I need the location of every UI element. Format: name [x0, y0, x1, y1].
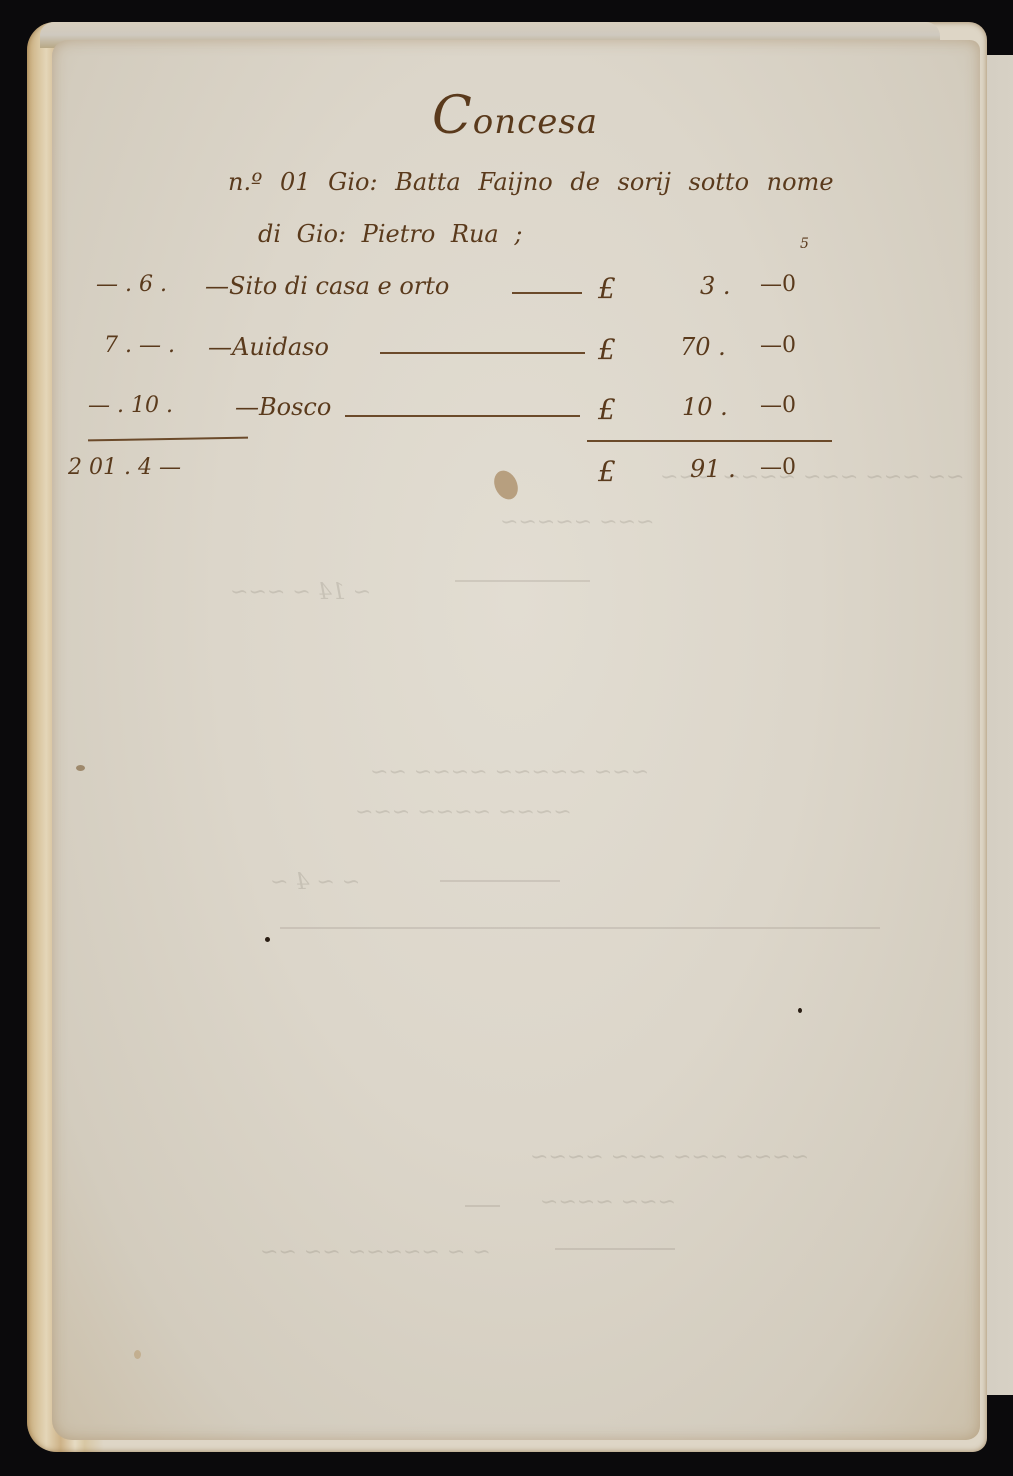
row-quantity: 7 . — .	[104, 333, 175, 358]
total-quantity: 2 01 . 4 —	[68, 455, 181, 480]
bleed-through-text: ~ 14 ~ ~~~	[230, 580, 371, 605]
bleed-through-rule	[455, 580, 590, 582]
sum-rule-right	[587, 440, 832, 442]
row-description: —Sito di casa e orto	[205, 272, 449, 300]
bleed-through-text: ~~~ ~~~~~	[500, 510, 654, 535]
row-amount: 3 .	[700, 272, 760, 300]
bleed-through-rule	[465, 1205, 500, 1207]
foxing-spot	[76, 765, 85, 771]
currency-lira-symbol: £	[598, 333, 616, 366]
currency-lira-symbol: £	[598, 272, 616, 305]
ink-dot	[798, 1008, 802, 1013]
ledger-row: 7 . — . —Auidaso £ 70 . —0	[0, 333, 1013, 373]
ledger-total-row: 2 01 . 4 — £ 91 . —0	[0, 455, 1013, 495]
bleed-through-text: ~~~ ~~~~~ ~~~~ ~~	[370, 760, 649, 785]
manuscript-scan: ~~ ~~~ ~~~ ~~~~ ~~~ ~~~ ~~~~~ ~ 14 ~ ~~~…	[0, 0, 1013, 1476]
ink-dot	[265, 937, 270, 942]
row-soldi: —0	[760, 393, 796, 418]
row-description: —Bosco	[235, 393, 331, 421]
row-description: —Auidaso	[208, 333, 329, 361]
document-heading: Concesa	[432, 86, 598, 146]
margin-mark: 5	[800, 236, 809, 252]
total-amount: 91 .	[690, 455, 750, 483]
bleed-through-rule	[440, 880, 560, 882]
bleed-through-text: ~ ~ 4 ~	[270, 870, 360, 895]
bleed-through-text: ~ ~ ~~~~~ ~~ ~~	[260, 1240, 491, 1265]
entry-line-1: n.º 01 Gio: Batta Faijno de sorij sotto …	[228, 168, 834, 196]
row-soldi: —0	[760, 272, 796, 297]
entry-line-2: di Gio: Pietro Rua ;	[258, 220, 522, 248]
ledger-row: — . 6 . —Sito di casa e orto £ 3 . —0	[0, 272, 1013, 312]
row-soldi: —0	[760, 333, 796, 358]
currency-lira-symbol: £	[598, 393, 616, 426]
foxing-spot	[134, 1350, 141, 1359]
bleed-through-rule	[280, 927, 880, 929]
row-leader-line	[380, 352, 585, 354]
currency-lira-symbol: £	[598, 455, 616, 488]
row-leader-line	[345, 415, 580, 417]
ledger-row: — . 10 . —Bosco £ 10 . —0	[0, 393, 1013, 433]
bleed-through-text: ~~~~ ~~~~ ~~~	[355, 800, 572, 825]
row-amount: 70 .	[680, 333, 740, 361]
row-leader-line	[512, 292, 582, 294]
bleed-through-rule	[555, 1248, 675, 1250]
bleed-through-text: ~~~~ ~~~ ~~~ ~~~~	[530, 1145, 809, 1170]
row-quantity: — . 10 .	[88, 393, 173, 418]
bleed-through-text: ~~~ ~~~~	[540, 1190, 676, 1215]
row-amount: 10 .	[682, 393, 742, 421]
total-soldi: —0	[760, 455, 796, 480]
manuscript-page	[52, 40, 980, 1440]
row-quantity: — . 6 .	[96, 272, 167, 297]
